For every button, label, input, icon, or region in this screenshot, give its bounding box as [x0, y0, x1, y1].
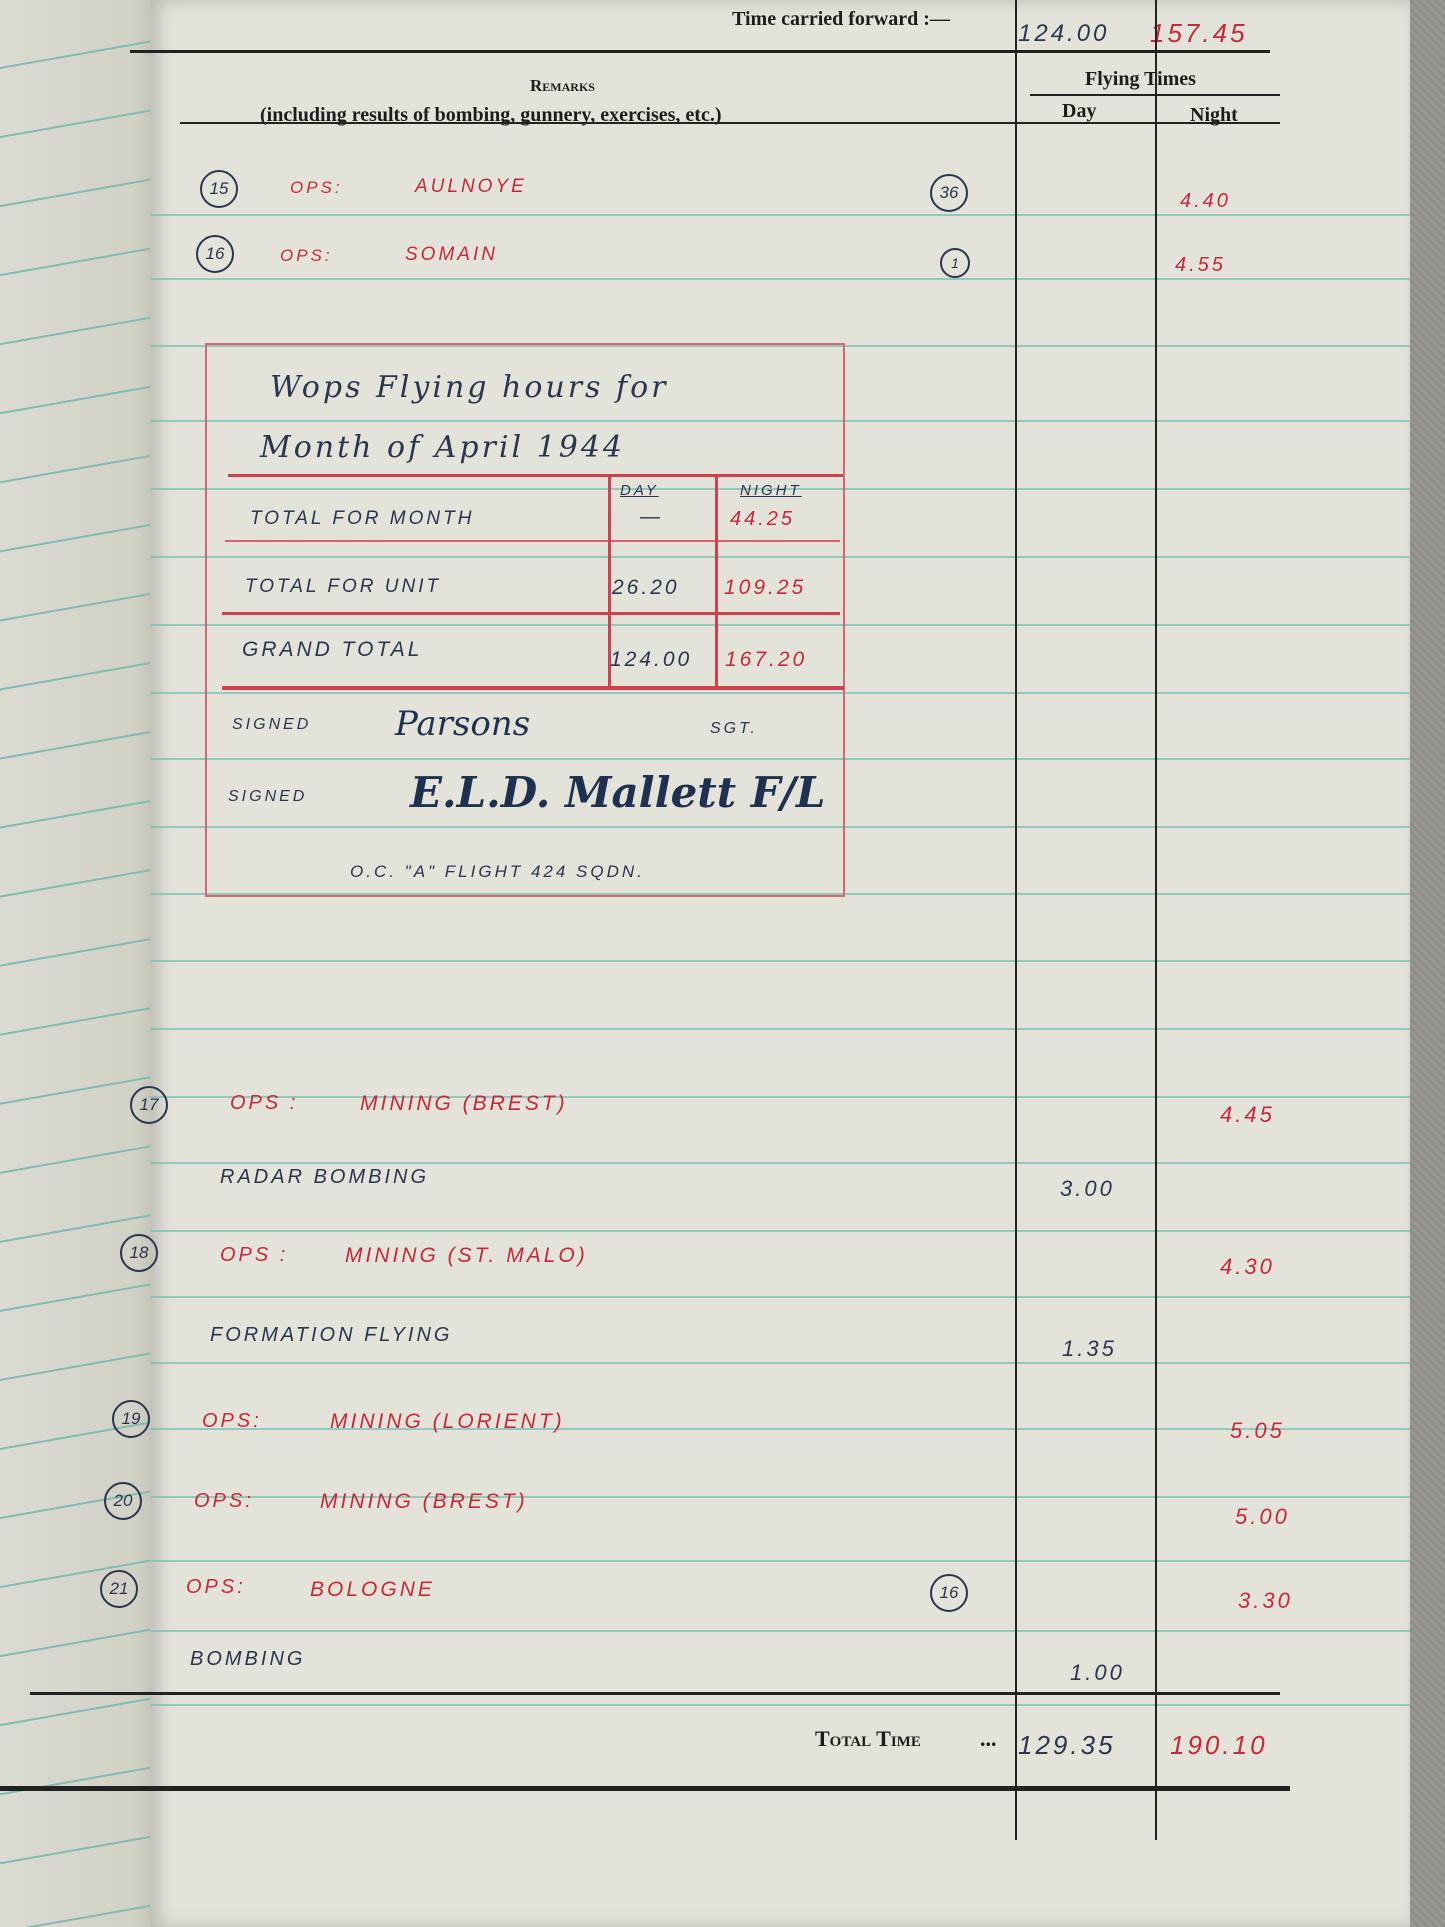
- carried-forward-day: 124.00: [1018, 20, 1109, 48]
- summary-title-line-1: Wops Flying hours for: [270, 370, 669, 405]
- signed-label-1: SIGNED: [232, 716, 311, 734]
- entry-number-21: 21: [100, 1570, 138, 1608]
- signature-1-rank: SGT.: [710, 720, 758, 738]
- entry-day: 3.00: [1060, 1176, 1115, 1202]
- entry-label: OPS:: [186, 1576, 246, 1599]
- left-page: [0, 0, 160, 1927]
- entry-label: OPS:: [202, 1410, 262, 1433]
- entry-target: SOMAIN: [405, 244, 498, 266]
- carried-forward-night: 157.45: [1150, 18, 1248, 49]
- entry-night: 4.45: [1220, 1102, 1275, 1128]
- summary-row-night: 109.25: [724, 576, 806, 600]
- entry-target: BOMBING: [190, 1648, 305, 1671]
- entry-number-20: 20: [104, 1482, 142, 1520]
- flying-times-label: Flying Times: [1085, 68, 1196, 91]
- entry-target: MINING (BREST): [320, 1490, 528, 1514]
- summary-row-label: TOTAL FOR MONTH: [250, 508, 474, 530]
- entry-target: BOLOGNE: [310, 1578, 435, 1602]
- carried-forward-label: Time carried forward :—: [732, 8, 950, 31]
- summary-footer: O.C. "A" FLIGHT 424 SQDN.: [350, 862, 645, 882]
- summary-title-line-2: Month of April 1944: [260, 430, 625, 465]
- remarks-title: Remarks: [530, 76, 595, 96]
- entry-target: MINING (LORIENT): [330, 1410, 565, 1434]
- summary-row-day: 26.20: [612, 576, 680, 600]
- sortie-ref-1: 1: [940, 248, 970, 278]
- entry-target: MINING (ST. MALO): [345, 1244, 588, 1268]
- night-column-header: Night: [1190, 104, 1238, 127]
- signature-1: Parsons: [395, 704, 530, 744]
- entry-number-16: 16: [196, 235, 234, 273]
- entry-number-15: 15: [200, 170, 238, 208]
- entry-night: 3.30: [1238, 1588, 1293, 1614]
- summary-row-label: GRAND TOTAL: [242, 638, 422, 662]
- entry-number-18: 18: [120, 1234, 158, 1272]
- logbook-page: Time carried forward :— 124.00 157.45 Re…: [150, 0, 1410, 1927]
- signed-label-2: SIGNED: [228, 788, 307, 806]
- entry-label: OPS:: [290, 178, 343, 198]
- entry-night: 4.30: [1220, 1254, 1275, 1280]
- sortie-ref-16: 16: [930, 1574, 968, 1612]
- entry-target: AULNOYE: [415, 176, 527, 198]
- entry-label: OPS:: [194, 1490, 254, 1513]
- summary-row-label: TOTAL FOR UNIT: [245, 576, 441, 598]
- entry-label: OPS :: [220, 1244, 288, 1267]
- entry-number-19: 19: [112, 1400, 150, 1438]
- summary-row-day: —: [640, 506, 663, 529]
- entry-night: 4.40: [1180, 190, 1231, 213]
- entry-night: 5.05: [1230, 1418, 1285, 1444]
- total-night: 190.10: [1170, 1730, 1268, 1761]
- entry-night: 5.00: [1235, 1504, 1290, 1530]
- entry-target: MINING (BREST): [360, 1092, 568, 1116]
- signature-2: E.L.D. Mallett F/L: [410, 768, 825, 817]
- summary-night-header: NIGHT: [740, 482, 802, 499]
- total-day: 129.35: [1018, 1730, 1116, 1761]
- total-time-label: Total Time: [815, 1726, 921, 1752]
- total-time-dots: ...: [980, 1726, 997, 1752]
- summary-day-header: DAY: [620, 482, 659, 499]
- sortie-ref-36: 36: [930, 174, 968, 212]
- summary-row-night: 44.25: [730, 508, 795, 531]
- entry-target: FORMATION FLYING: [210, 1324, 452, 1347]
- entry-label: OPS :: [230, 1092, 298, 1115]
- entry-label: OPS:: [280, 246, 333, 266]
- entry-day: 1.00: [1070, 1660, 1125, 1686]
- entry-number-17: 17: [130, 1086, 168, 1124]
- entry-day: 1.35: [1062, 1336, 1117, 1362]
- entry-target: RADAR BOMBING: [220, 1166, 429, 1189]
- summary-row-day: 124.00: [610, 648, 692, 672]
- day-column-header: Day: [1062, 100, 1096, 123]
- entry-night: 4.55: [1175, 254, 1226, 277]
- summary-row-night: 167.20: [725, 648, 807, 672]
